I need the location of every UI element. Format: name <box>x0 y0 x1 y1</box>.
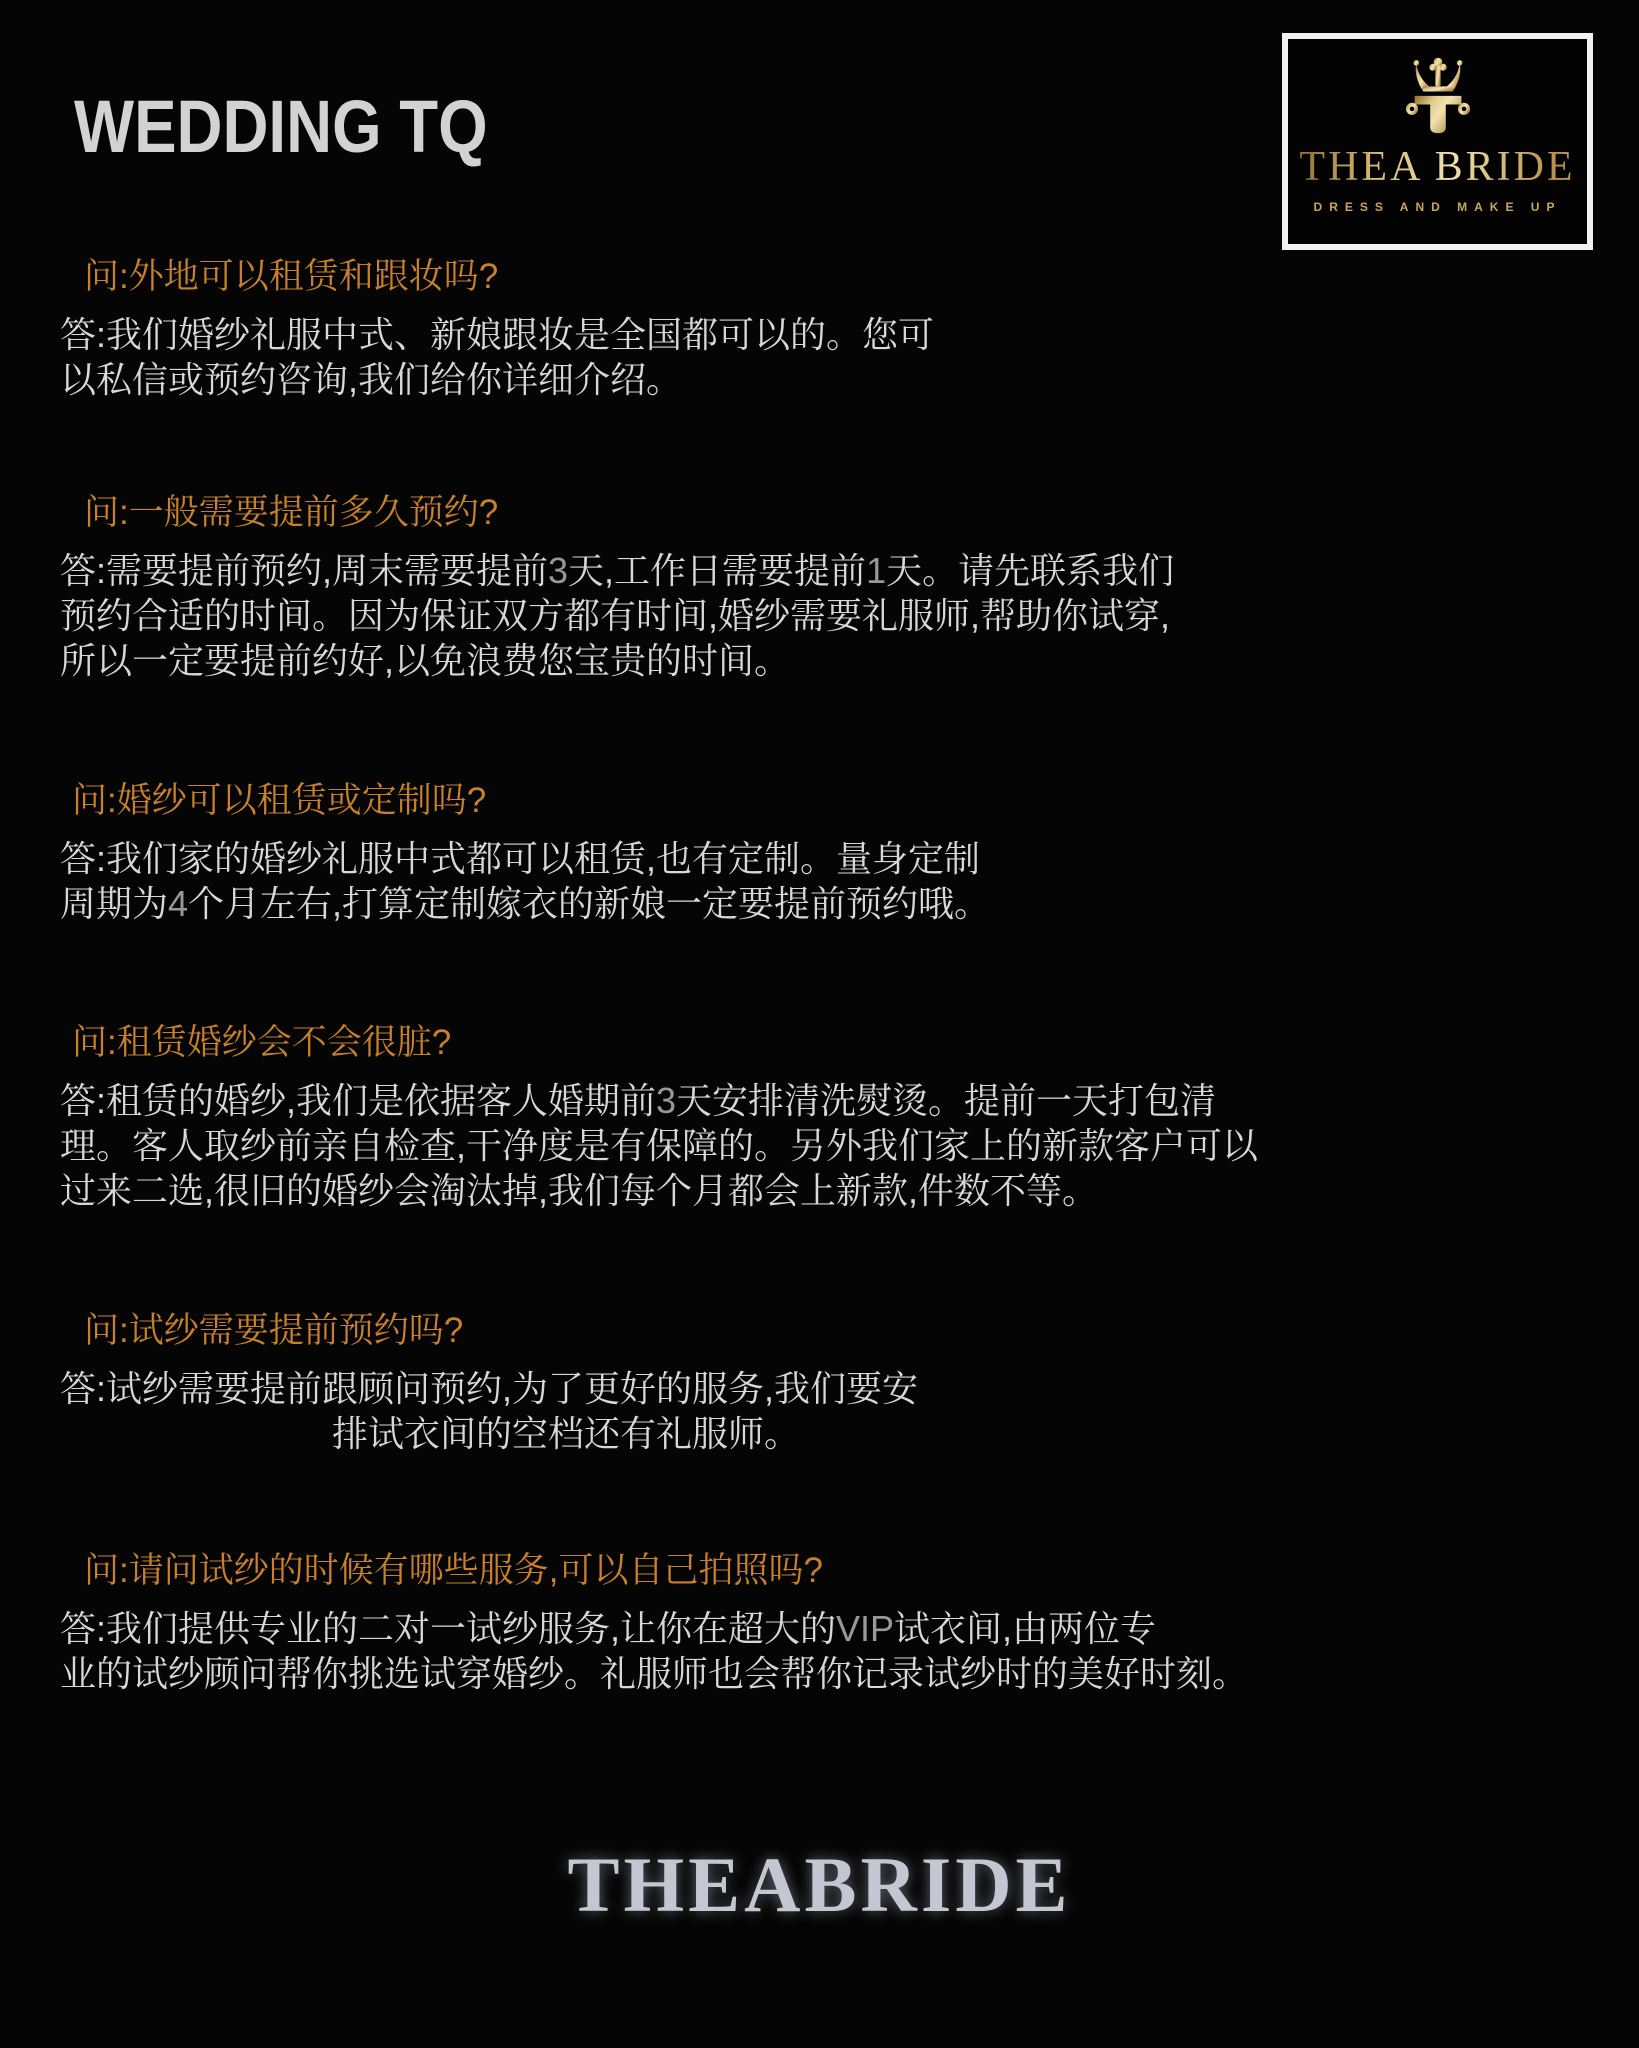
question-text: 问:试纱需要提前预约吗? <box>60 1308 1609 1354</box>
answer-line: 预约合适的时间。因为保证双方都有时间,婚纱需要礼服师,帮助你试穿, <box>60 593 1609 638</box>
answer-segment: 理。客人取纱前亲自检查,干净度是有保障的。另外我们家上的新款客户可以 <box>60 1125 1258 1166</box>
answer-text: 答:租赁的婚纱,我们是依据客人婚期前3天安排清洗熨烫。提前一天打包清理。客人取纱… <box>60 1078 1609 1213</box>
question-text: 问:外地可以租赁和跟妆吗? <box>60 254 1609 300</box>
answer-segment: 答:试纱需要提前跟顾问预约,为了更好的服务,我们要安 <box>60 1368 918 1409</box>
answer-line: 答:试纱需要提前跟顾问预约,为了更好的服务,我们要安 <box>60 1366 1609 1411</box>
question-text: 问:请问试纱的时候有哪些服务,可以自己拍照吗? <box>60 1548 1609 1594</box>
answer-muted-segment: 3 <box>548 550 568 591</box>
qa-list: 问:外地可以租赁和跟妆吗?答:我们婚纱礼服中式、新娘跟妆是全国都可以的。您可以私… <box>60 0 1609 2048</box>
answer-muted-segment: 1 <box>866 550 886 591</box>
answer-line: 所以一定要提前约好,以免浪费您宝贵的时间。 <box>60 638 1609 683</box>
answer-line: 以私信或预约咨询,我们给你详细介绍。 <box>60 357 1609 402</box>
answer-muted-segment: VIP <box>836 1608 894 1649</box>
answer-segment: 天,工作日需要提前 <box>568 550 866 591</box>
answer-segment: 答:需要提前预约,周末需要提前 <box>60 550 548 591</box>
answer-line: 答:我们婚纱礼服中式、新娘跟妆是全国都可以的。您可 <box>60 312 1609 357</box>
qa-block: 问:试纱需要提前预约吗?答:试纱需要提前跟顾问预约,为了更好的服务,我们要安排试… <box>60 1308 1609 1456</box>
answer-segment: 答:我们提供专业的二对一试纱服务,让你在超大的 <box>60 1608 836 1649</box>
answer-line: 答:租赁的婚纱,我们是依据客人婚期前3天安排清洗熨烫。提前一天打包清 <box>60 1078 1609 1123</box>
answer-line: 周期为4个月左右,打算定制嫁衣的新娘一定要提前预约哦。 <box>60 881 1609 926</box>
answer-segment: 业的试纱顾问帮你挑选试穿婚纱。礼服师也会帮你记录试纱时的美好时刻。 <box>60 1653 1248 1694</box>
answer-segment: 所以一定要提前约好,以免浪费您宝贵的时间。 <box>60 640 790 681</box>
answer-segment: 以私信或预约咨询,我们给你详细介绍。 <box>60 359 682 400</box>
question-text: 问:婚纱可以租赁或定制吗? <box>60 778 1609 824</box>
answer-text: 答:试纱需要提前跟顾问预约,为了更好的服务,我们要安排试衣间的空档还有礼服师。 <box>60 1366 1609 1456</box>
answer-segment: 试衣间,由两位专 <box>894 1608 1156 1649</box>
answer-line: 答:我们提供专业的二对一试纱服务,让你在超大的VIP试衣间,由两位专 <box>60 1606 1609 1651</box>
answer-muted-segment: 3 <box>656 1080 676 1121</box>
answer-line: 排试衣间的空档还有礼服师。 <box>60 1411 1609 1456</box>
answer-line: 过来二选,很旧的婚纱会淘汰掉,我们每个月都会上新款,件数不等。 <box>60 1168 1609 1213</box>
answer-line: 答:我们家的婚纱礼服中式都可以租赁,也有定制。量身定制 <box>60 836 1609 881</box>
answer-text: 答:我们提供专业的二对一试纱服务,让你在超大的VIP试衣间,由两位专业的试纱顾问… <box>60 1606 1609 1696</box>
answer-segment: 答:我们家的婚纱礼服中式都可以租赁,也有定制。量身定制 <box>60 838 980 879</box>
answer-segment: 过来二选,很旧的婚纱会淘汰掉,我们每个月都会上新款,件数不等。 <box>60 1170 1098 1211</box>
qa-block: 问:请问试纱的时候有哪些服务,可以自己拍照吗?答:我们提供专业的二对一试纱服务,… <box>60 1548 1609 1696</box>
answer-text: 答:需要提前预约,周末需要提前3天,工作日需要提前1天。请先联系我们预约合适的时… <box>60 548 1609 683</box>
watermark: THEABRIDE <box>0 1840 1639 1930</box>
answer-text: 答:我们婚纱礼服中式、新娘跟妆是全国都可以的。您可以私信或预约咨询,我们给你详细… <box>60 312 1609 402</box>
answer-muted-segment: 4 <box>168 883 188 924</box>
qa-block: 问:婚纱可以租赁或定制吗?答:我们家的婚纱礼服中式都可以租赁,也有定制。量身定制… <box>60 778 1609 926</box>
answer-segment: 周期为 <box>60 883 168 924</box>
answer-segment: 天安排清洗熨烫。提前一天打包清 <box>676 1080 1216 1121</box>
qa-block: 问:外地可以租赁和跟妆吗?答:我们婚纱礼服中式、新娘跟妆是全国都可以的。您可以私… <box>60 254 1609 402</box>
answer-line: 理。客人取纱前亲自检查,干净度是有保障的。另外我们家上的新款客户可以 <box>60 1123 1609 1168</box>
answer-segment: 天。请先联系我们 <box>886 550 1174 591</box>
answer-segment: 个月左右,打算定制嫁衣的新娘一定要提前预约哦。 <box>188 883 990 924</box>
qa-block: 问:一般需要提前多久预约?答:需要提前预约,周末需要提前3天,工作日需要提前1天… <box>60 490 1609 683</box>
question-text: 问:一般需要提前多久预约? <box>60 490 1609 536</box>
answer-text: 答:我们家的婚纱礼服中式都可以租赁,也有定制。量身定制周期为4个月左右,打算定制… <box>60 836 1609 926</box>
answer-line: 答:需要提前预约,周末需要提前3天,工作日需要提前1天。请先联系我们 <box>60 548 1609 593</box>
answer-segment: 答:租赁的婚纱,我们是依据客人婚期前 <box>60 1080 656 1121</box>
answer-segment: 答:我们婚纱礼服中式、新娘跟妆是全国都可以的。您可 <box>60 314 934 355</box>
question-text: 问:租赁婚纱会不会很脏? <box>60 1020 1609 1066</box>
qa-block: 问:租赁婚纱会不会很脏?答:租赁的婚纱,我们是依据客人婚期前3天安排清洗熨烫。提… <box>60 1020 1609 1213</box>
answer-line: 业的试纱顾问帮你挑选试穿婚纱。礼服师也会帮你记录试纱时的美好时刻。 <box>60 1651 1609 1696</box>
answer-segment: 预约合适的时间。因为保证双方都有时间,婚纱需要礼服师,帮助你试穿, <box>60 595 1170 636</box>
answer-segment: 排试衣间的空档还有礼服师。 <box>332 1413 800 1454</box>
